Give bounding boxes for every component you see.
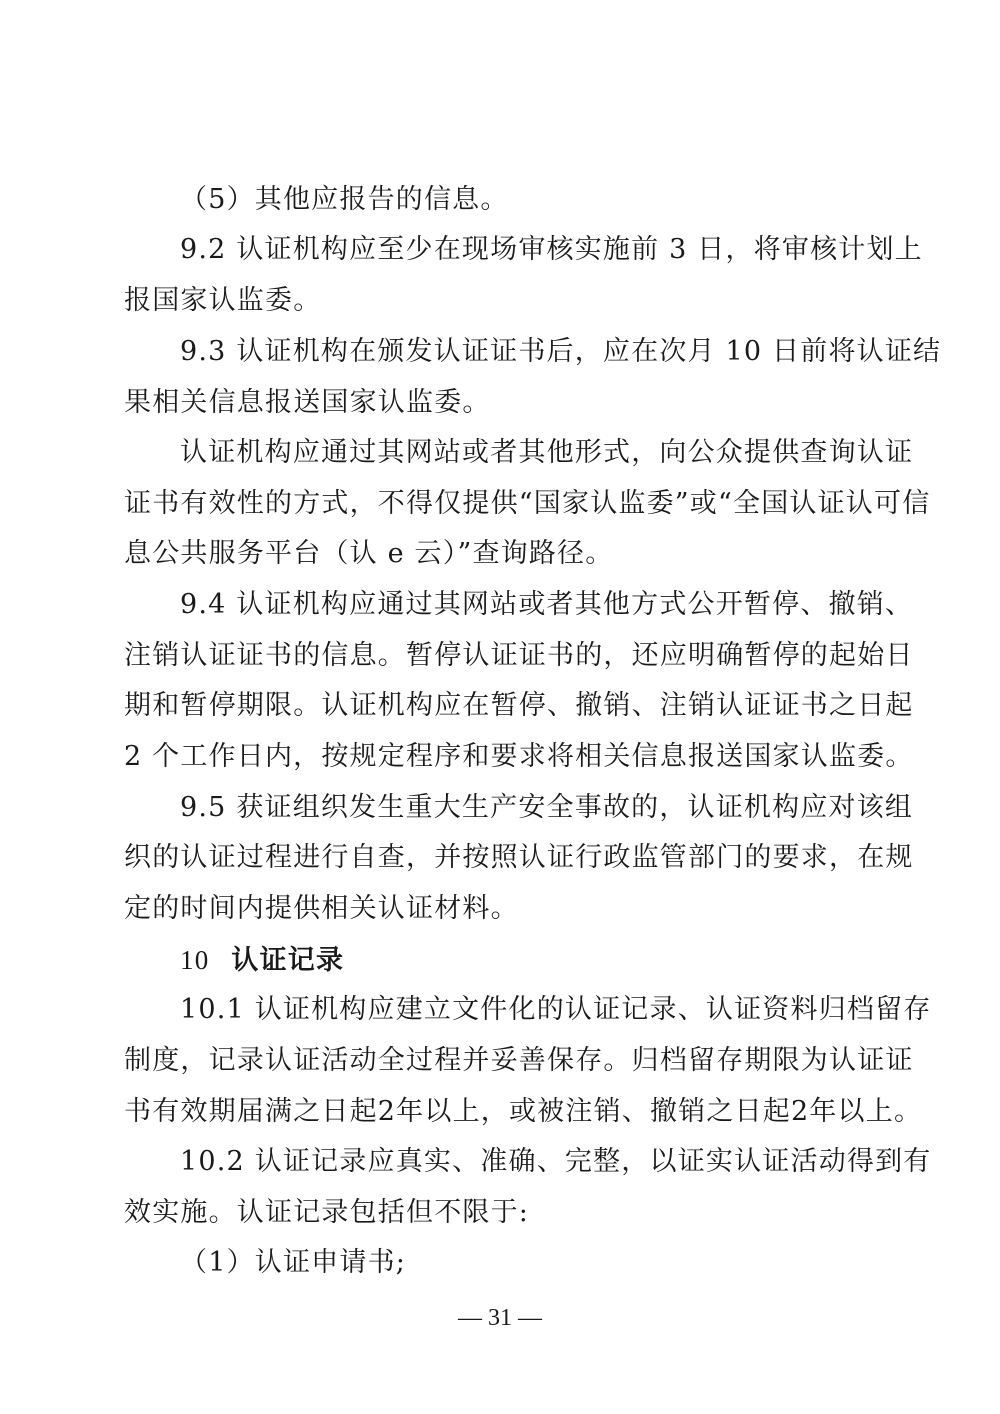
clause-9-5: 9.5 获证组织发生重大生产安全事故的，认证机构应对该组 — [180, 792, 913, 824]
list-item-1: （1）认证申请书; — [180, 1247, 406, 1279]
paragraph-query-cont-1: 证书有效性的方式，不得仅提供“国家认监委”或“全国认证认可信 — [124, 488, 930, 520]
paragraph-query-cont-2: 息公共服务平台（认 e 云）”查询路径。 — [124, 538, 613, 570]
page-number: — 31 — — [0, 1304, 1000, 1332]
clause-10-1-cont-1: 制度，记录认证活动全过程并妥善保存。归档留存期限为认证证 — [124, 1045, 914, 1077]
clause-9-2: 9.2 认证机构应至少在现场审核实施前 3 日，将审核计划上 — [180, 234, 923, 266]
paragraph-query: 认证机构应通过其网站或者其他形式，向公众提供查询认证 — [180, 437, 913, 469]
clause-9-2-cont: 报国家认监委。 — [124, 285, 321, 317]
clause-9-5-cont-2: 定的时间内提供相关认证材料。 — [124, 893, 519, 925]
section-title: 认证记录 — [231, 945, 344, 976]
list-item-5: （5）其他应报告的信息。 — [180, 184, 509, 216]
section-number: 10 — [180, 945, 209, 975]
clause-9-4-cont-3: 2 个工作日内，按规定程序和要求将相关信息报送国家认监委。 — [124, 741, 914, 773]
clause-10-2: 10.2 认证记录应真实、准确、完整，以证实认证活动得到有 — [180, 1146, 932, 1178]
clause-9-4-cont-1: 注销认证证书的信息。暂停认证证书的，还应明确暂停的起始日 — [124, 640, 914, 672]
section-heading: 10认证记录 — [180, 944, 344, 977]
clause-9-5-cont-1: 织的认证过程进行自查，并按照认证行政监管部门的要求，在规 — [124, 842, 914, 874]
clause-9-3: 9.3 认证机构在颁发认证证书后，应在次月 10 日前将认证结 — [180, 336, 941, 368]
document-page: （5）其他应报告的信息。 9.2 认证机构应至少在现场审核实施前 3 日，将审核… — [0, 0, 1000, 1414]
clause-9-4-cont-2: 期和暂停期限。认证机构应在暂停、撤销、注销认证证书之日起 — [124, 690, 914, 722]
clause-10-2-cont: 效实施。认证记录包括但不限于: — [124, 1197, 529, 1229]
clause-10-1-cont-2: 书有效期届满之日起2年以上，或被注销、撤销之日起2年以上。 — [124, 1096, 922, 1128]
clause-10-1: 10.1 认证机构应建立文件化的认证记录、认证资料归档留存 — [180, 994, 932, 1026]
clause-9-3-cont: 果相关信息报送国家认监委。 — [124, 387, 491, 419]
clause-9-4: 9.4 认证机构应通过其网站或者其他方式公开暂停、撤销、 — [180, 589, 913, 621]
